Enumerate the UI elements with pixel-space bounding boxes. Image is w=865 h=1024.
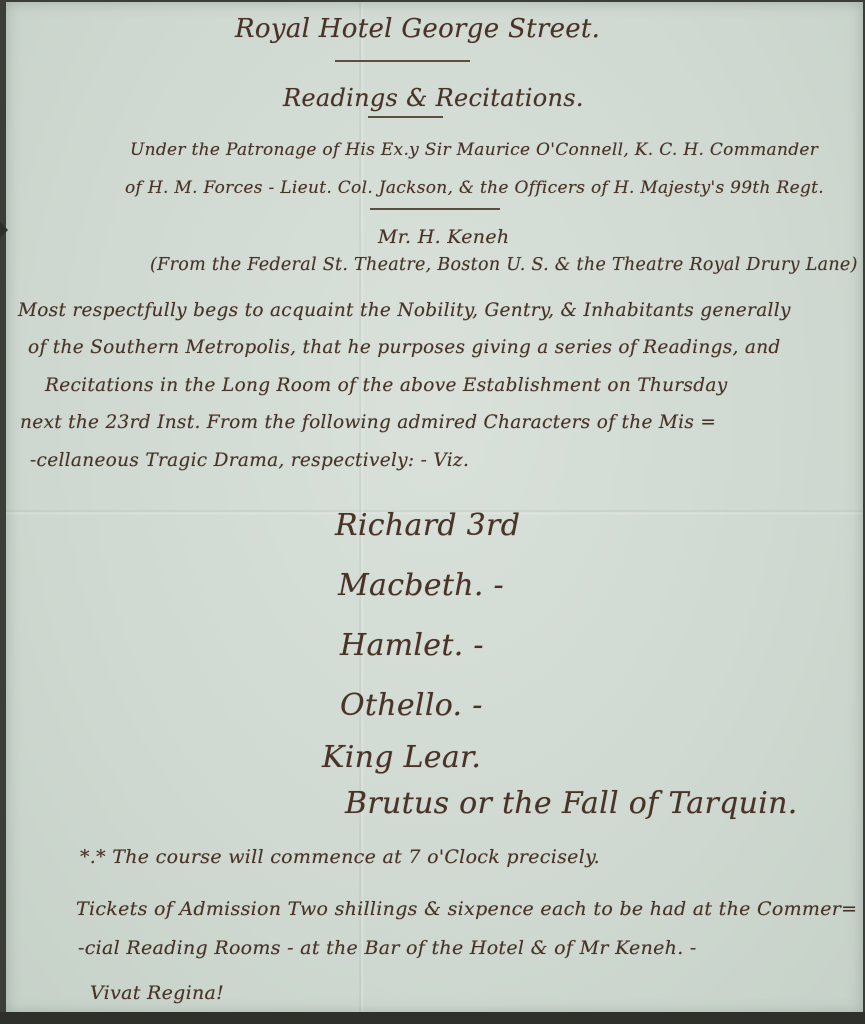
announcement-line: Recitations in the Long Room of the abov… <box>45 375 727 396</box>
event-title: Readings & Recitations. <box>283 84 584 112</box>
patronage-line-2: of H. M. Forces - Lieut. Col. Jackson, &… <box>125 178 824 198</box>
performer-name: Mr. H. Keneh <box>378 226 509 248</box>
closing-salutation: Vivat Regina! <box>90 982 224 1004</box>
page-edge-tab <box>0 222 8 238</box>
announcement-line: -cellaneous Tragic Drama, respectively: … <box>30 450 469 471</box>
announcement-line: next the 23rd Inst. From the following a… <box>20 412 716 433</box>
venue-underline <box>335 60 470 62</box>
character-item: King Lear. <box>322 740 481 775</box>
commencement-note: *.* The course will commence at 7 o'Cloc… <box>80 846 600 868</box>
venue-heading: Royal Hotel George Street. <box>235 14 600 44</box>
tickets-line: -cial Reading Rooms - at the Bar of the … <box>78 937 697 959</box>
patronage-divider <box>370 208 500 210</box>
tickets-line: Tickets of Admission Two shillings & six… <box>76 898 857 920</box>
character-item: Hamlet. - <box>340 628 484 663</box>
announcement-line: Most respectfully begs to acquaint the N… <box>18 300 791 321</box>
performer-credentials: (From the Federal St. Theatre, Boston U.… <box>150 255 858 275</box>
character-item: Richard 3rd <box>335 508 520 543</box>
character-item: Brutus or the Fall of Tarquin. <box>345 786 798 821</box>
title-underline <box>368 116 443 118</box>
scan-bottom-edge <box>0 1012 865 1024</box>
character-item: Macbeth. - <box>338 568 504 603</box>
patronage-line-1: Under the Patronage of His Ex.y Sir Maur… <box>130 140 818 160</box>
character-item: Othello. - <box>340 688 483 723</box>
announcement-line: of the Southern Metropolis, that he purp… <box>28 337 781 358</box>
